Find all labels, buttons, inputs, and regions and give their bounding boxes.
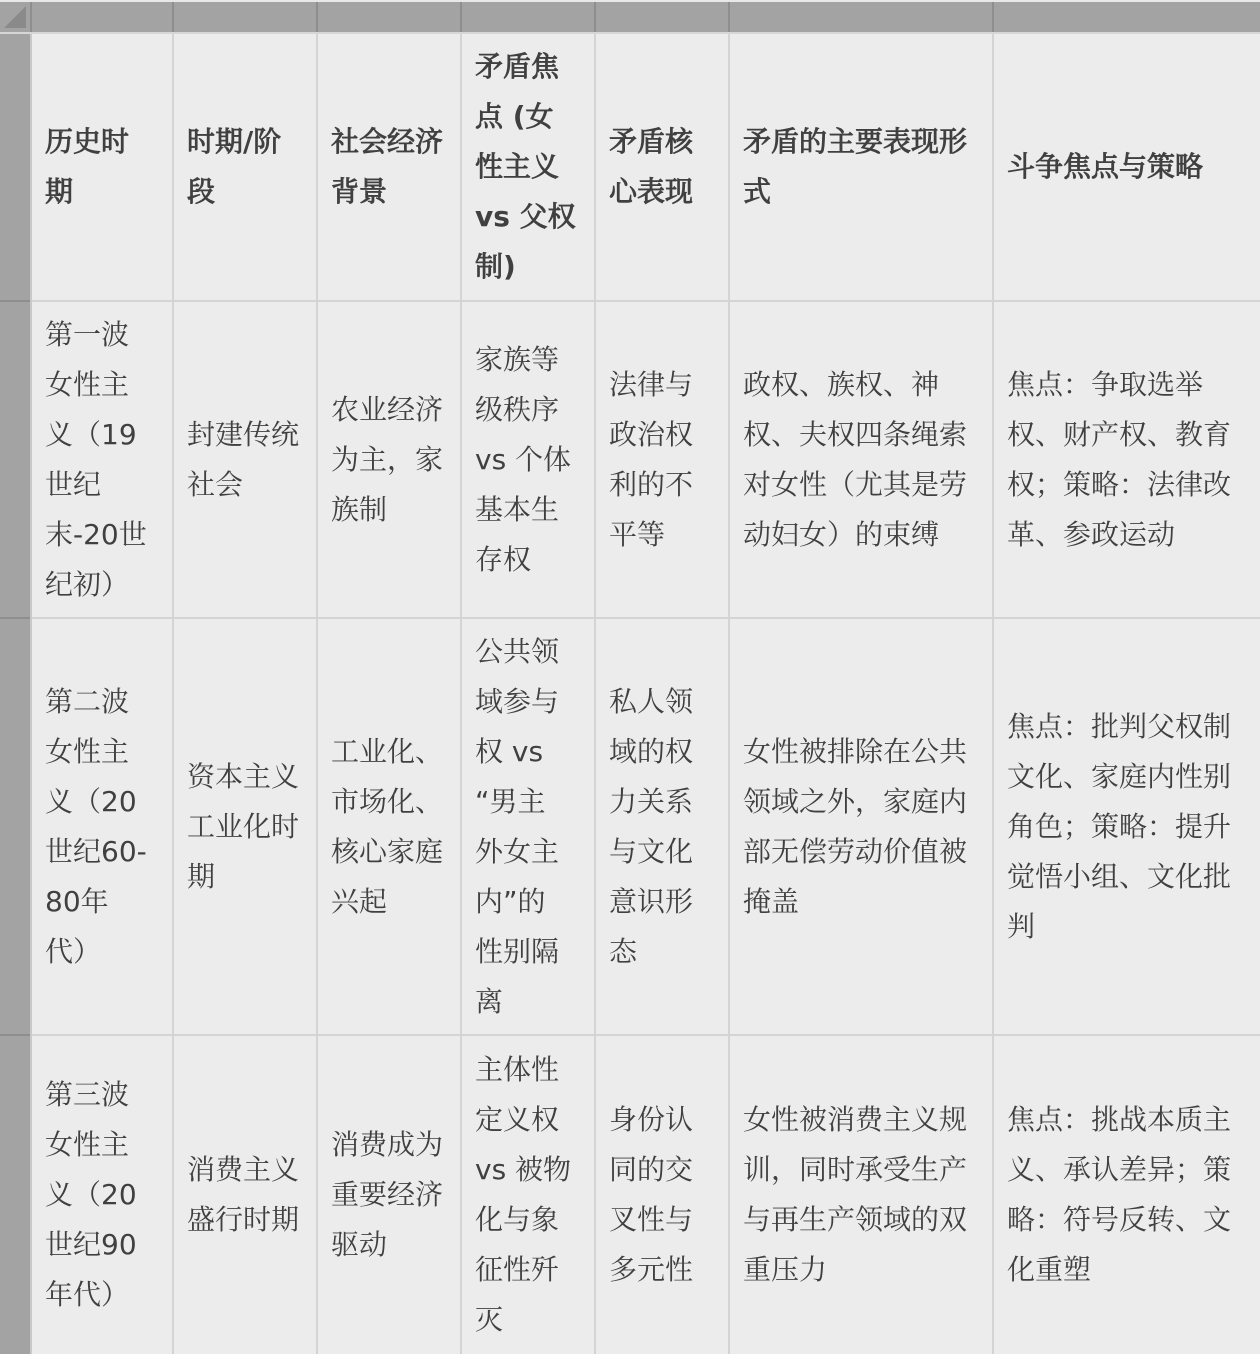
header-label: 斗争焦点与策略	[1007, 142, 1247, 192]
column-header-f[interactable]	[730, 2, 994, 32]
table-row: 第一波 女性主 义（19 世纪 末-20世 纪初） 封建传统 社会 农业经济 为…	[32, 302, 1260, 619]
cell-text: 工业化、 市场化、 核心家庭 兴起	[331, 727, 447, 927]
header-label: 时期/阶 段	[187, 117, 303, 217]
cell-text: 焦点：争取选举 权、财产权、教育 权；策略：法律改 革、参政运动	[1007, 360, 1247, 560]
row-header-3[interactable]	[0, 619, 30, 1036]
header-cell-struggle-strategy[interactable]: 斗争焦点与策略	[994, 34, 1260, 300]
cell-text: 消费主义 盛行时期	[187, 1145, 303, 1245]
table-cell[interactable]: 消费主义 盛行时期	[174, 1036, 318, 1354]
cell-text: 女性被消费主义规 训，同时承受生产 与再生产领域的双 重压力	[743, 1095, 979, 1295]
table-cell[interactable]: 资本主义 工业化时 期	[174, 619, 318, 1034]
header-cell-main-forms[interactable]: 矛盾的主要表现形 式	[730, 34, 994, 300]
column-header-e[interactable]	[596, 2, 730, 32]
cell-text: 女性被排除在公共 领域之外，家庭内 部无偿劳动价值被 掩盖	[743, 727, 979, 927]
header-label: 矛盾焦 点 (女 性主义 vs 父权 制)	[475, 42, 581, 292]
select-all-corner[interactable]	[0, 2, 32, 32]
select-all-triangle-icon	[4, 6, 26, 28]
table-cell[interactable]: 公共领 域参与 权 vs “男主 外女主 内”的 性别隔 离	[462, 619, 596, 1034]
table-cell[interactable]: 法律与 政治权 利的不 平等	[596, 302, 730, 617]
header-cell-core-manifestation[interactable]: 矛盾核 心表现	[596, 34, 730, 300]
cell-text: 政权、族权、神 权、夫权四条绳索 对女性（尤其是劳 动妇女）的束缚	[743, 360, 979, 560]
header-label: 矛盾核 心表现	[609, 117, 715, 217]
table-cell[interactable]: 私人领 域的权 力关系 与文化 意识形 态	[596, 619, 730, 1034]
cell-text: 家族等 级秩序 vs 个体 基本生 存权	[475, 335, 581, 585]
cell-text: 资本主义 工业化时 期	[187, 752, 303, 902]
cell-text: 消费成为 重要经济 驱动	[331, 1120, 447, 1270]
header-cell-contradiction-focus[interactable]: 矛盾焦 点 (女 性主义 vs 父权 制)	[462, 34, 596, 300]
cell-text: 第一波 女性主 义（19 世纪 末-20世 纪初）	[45, 310, 159, 610]
header-cell-historical-period[interactable]: 历史时 期	[32, 34, 174, 300]
table-cell[interactable]: 消费成为 重要经济 驱动	[318, 1036, 462, 1354]
cell-text: 第三波 女性主 义（20 世纪90 年代）	[45, 1070, 159, 1320]
table-cell[interactable]: 政权、族权、神 权、夫权四条绳索 对女性（尤其是劳 动妇女）的束缚	[730, 302, 994, 617]
header-label: 历史时 期	[45, 117, 159, 217]
table-cell[interactable]: 封建传统 社会	[174, 302, 318, 617]
cell-text: 农业经济 为主，家 族制	[331, 385, 447, 535]
table-cell[interactable]: 焦点：挑战本质主 义、承认差异；策 略：符号反转、文 化重塑	[994, 1036, 1260, 1354]
column-header-c[interactable]	[318, 2, 462, 32]
row-header-4[interactable]	[0, 1036, 30, 1354]
table-cell[interactable]: 家族等 级秩序 vs 个体 基本生 存权	[462, 302, 596, 617]
cell-text: 私人领 域的权 力关系 与文化 意识形 态	[609, 677, 715, 977]
table-cell[interactable]: 第三波 女性主 义（20 世纪90 年代）	[32, 1036, 174, 1354]
column-header-g[interactable]	[994, 2, 1260, 32]
table-header-row: 历史时 期 时期/阶 段 社会经济 背景 矛盾焦 点 (女 性主义 vs 父权 …	[32, 34, 1260, 302]
table-cell[interactable]: 女性被排除在公共 领域之外，家庭内 部无偿劳动价值被 掩盖	[730, 619, 994, 1034]
table-cell[interactable]: 女性被消费主义规 训，同时承受生产 与再生产领域的双 重压力	[730, 1036, 994, 1354]
table-cell[interactable]: 焦点：争取选举 权、财产权、教育 权；策略：法律改 革、参政运动	[994, 302, 1260, 617]
table-cell[interactable]: 焦点：批判父权制 文化、家庭内性别 角色；策略：提升 觉悟小组、文化批 判	[994, 619, 1260, 1034]
table-cell[interactable]: 农业经济 为主，家 族制	[318, 302, 462, 617]
table-row: 第二波 女性主 义（20 世纪60- 80年 代） 资本主义 工业化时 期 工业…	[32, 619, 1260, 1036]
column-header-d[interactable]	[462, 2, 596, 32]
cell-text: 公共领 域参与 权 vs “男主 外女主 内”的 性别隔 离	[475, 627, 581, 1027]
header-label: 矛盾的主要表现形 式	[743, 117, 979, 217]
row-header-2[interactable]	[0, 302, 30, 619]
table-row: 第三波 女性主 义（20 世纪90 年代） 消费主义 盛行时期 消费成为 重要经…	[32, 1036, 1260, 1354]
cell-text: 第二波 女性主 义（20 世纪60- 80年 代）	[45, 677, 159, 977]
column-header-bar	[0, 2, 1260, 34]
row-header-1[interactable]	[0, 34, 30, 302]
table-cell[interactable]: 第一波 女性主 义（19 世纪 末-20世 纪初）	[32, 302, 174, 617]
cell-text: 主体性 定义权 vs 被物 化与象 征性歼 灭	[475, 1045, 581, 1345]
header-label: 社会经济 背景	[331, 117, 447, 217]
cell-text: 身份认 同的交 叉性与 多元性	[609, 1095, 715, 1295]
cell-text: 封建传统 社会	[187, 410, 303, 510]
column-header-b[interactable]	[174, 2, 318, 32]
cell-text: 法律与 政治权 利的不 平等	[609, 360, 715, 560]
cell-text: 焦点：挑战本质主 义、承认差异；策 略：符号反转、文 化重塑	[1007, 1095, 1247, 1295]
cell-text: 焦点：批判父权制 文化、家庭内性别 角色；策略：提升 觉悟小组、文化批 判	[1007, 702, 1247, 952]
table-cell[interactable]: 主体性 定义权 vs 被物 化与象 征性歼 灭	[462, 1036, 596, 1354]
column-header-a[interactable]	[32, 2, 174, 32]
table-cell[interactable]: 第二波 女性主 义（20 世纪60- 80年 代）	[32, 619, 174, 1034]
table-cell[interactable]: 工业化、 市场化、 核心家庭 兴起	[318, 619, 462, 1034]
header-cell-socioeconomic-background[interactable]: 社会经济 背景	[318, 34, 462, 300]
row-header-bar	[0, 34, 32, 1354]
table-cell[interactable]: 身份认 同的交 叉性与 多元性	[596, 1036, 730, 1354]
header-cell-stage[interactable]: 时期/阶 段	[174, 34, 318, 300]
